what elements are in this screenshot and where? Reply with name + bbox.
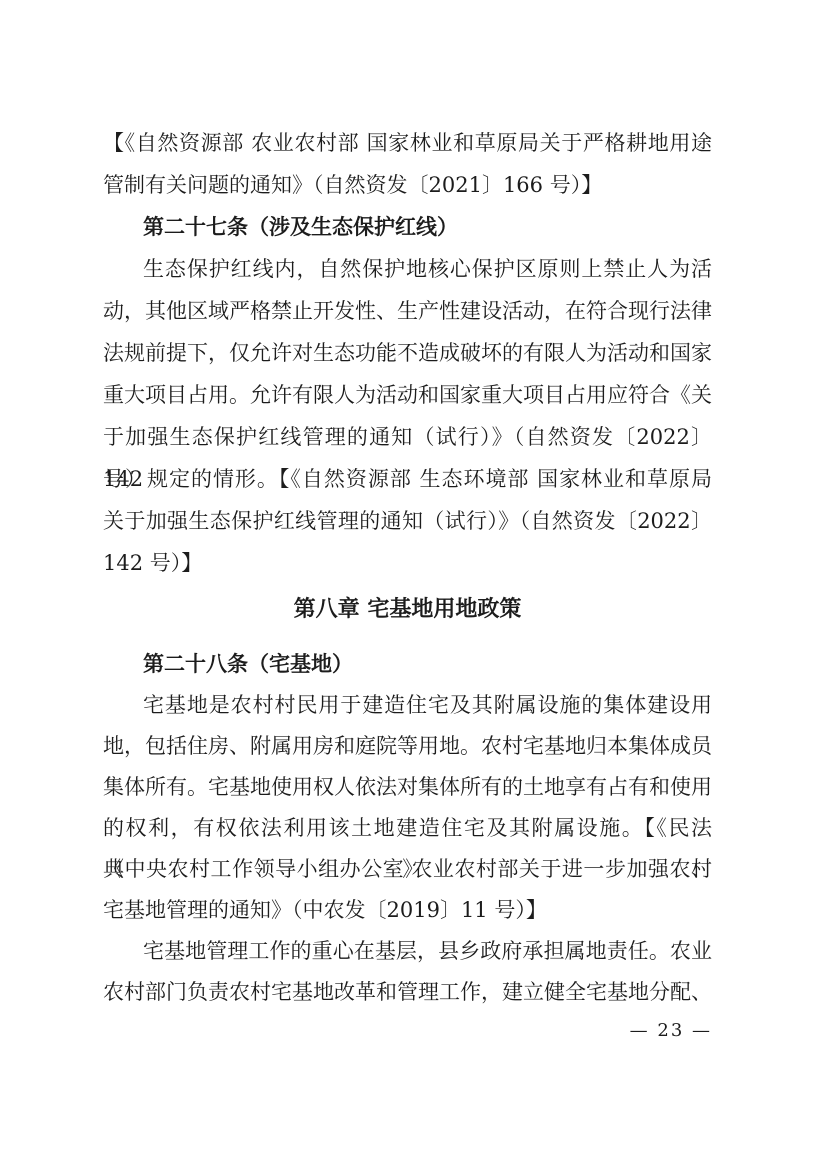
body-line: 宅基地管理工作的重心在基层，县乡政府承担属地责任。农业 [103,931,712,972]
chapter-8-heading: 第八章 宅基地用地政策 [103,588,712,632]
body-line: 【《自然资源部 农业农村部 国家林业和草原局关于严格耕地用途 [103,122,712,164]
body-line: 的权利，有权依法利用该土地建造住宅及其附属设施。【《民法典》、 [103,808,712,849]
body-line: 宅基地管理的通知》（中农发〔2019〕11 号）】 [103,890,712,931]
body-line: 法规前提下，仅允许对生态功能不造成破坏的有限人为活动和国家 [103,332,712,374]
body-line: 农村部门负责农村宅基地改革和管理工作，建立健全宅基地分配、 [103,972,712,1013]
body-line: 重大项目占用。允许有限人为活动和国家重大项目占用应符合《关 [103,374,712,416]
body-line: 集体所有。宅基地使用权人依法对集体所有的土地享有占有和使用 [103,767,712,808]
body-line: 142 号）】 [103,542,712,584]
body-line: 动，其他区域严格禁止开发性、生产性建设活动，在符合现行法律 [103,290,712,332]
body-line: 生态保护红线内，自然保护地核心保护区原则上禁止人为活 [103,248,712,290]
body-line: 宅基地是农村村民用于建造住宅及其附属设施的集体建设用 [103,685,712,726]
document-page: 【《自然资源部 农业农村部 国家林业和草原局关于严格耕地用途 管制有关问题的通知… [0,0,826,1169]
body-line: 《中央农村工作领导小组办公室 农业农村部关于进一步加强农村 [103,849,712,890]
page-number: — 23 — [630,1014,712,1048]
text-block: 【《自然资源部 农业农村部 国家林业和草原局关于严格耕地用途 管制有关问题的通知… [103,122,712,1013]
body-line: 地，包括住房、附属用房和庭院等用地。农村宅基地归本集体成员 [103,726,712,767]
article-27-heading: 第二十七条（涉及生态保护红线） [103,206,712,248]
body-line: 于加强生态保护红线管理的通知（试行）》（自然资发〔2022〕142 [103,416,712,458]
article-28-heading: 第二十八条（宅基地） [103,644,712,685]
body-line: 关于加强生态保护红线管理的通知（试行）》（自然资发〔2022〕 [103,500,712,542]
body-line: 号）规定的情形。【《自然资源部 生态环境部 国家林业和草原局 [103,458,712,500]
body-line: 管制有关问题的通知》（自然资发〔2021〕166 号）】 [103,164,712,206]
